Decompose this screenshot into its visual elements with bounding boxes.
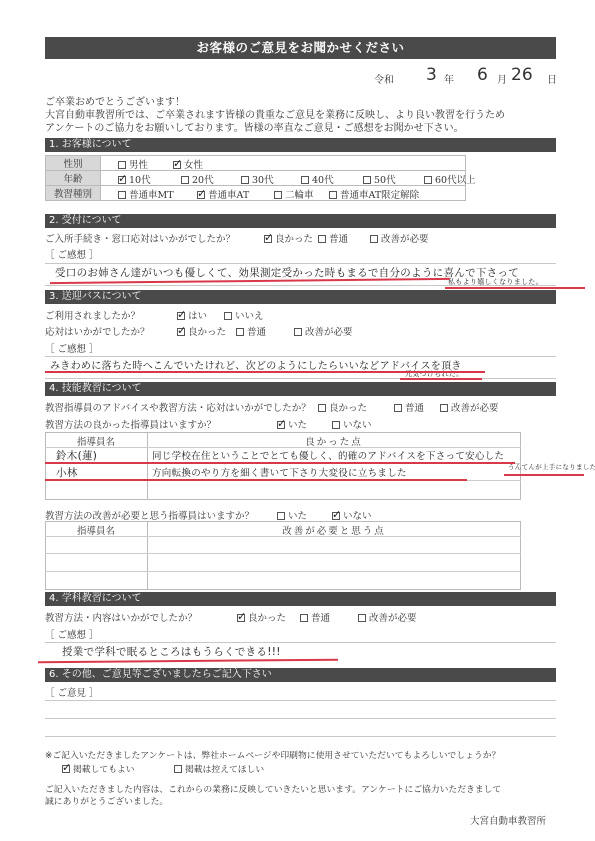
option-at-limit-release[interactable]: 普通車AT限定解除 [329, 187, 419, 201]
consent-decline[interactable]: 掲載は控えてほしい [174, 762, 264, 775]
reception-option-good[interactable]: 良かった [264, 231, 313, 245]
era-label: 令和 [374, 71, 394, 86]
date-month[interactable]: 6 [477, 65, 488, 85]
option-40s[interactable]: 40代 [301, 172, 334, 186]
option-10s[interactable]: 10代 [118, 172, 151, 186]
option-at[interactable]: 普通車AT [197, 187, 249, 201]
checkbox-checked[interactable] [197, 191, 205, 199]
option-60s-plus[interactable]: 60代以上 [424, 172, 476, 186]
opinion-line[interactable] [45, 736, 556, 737]
checkbox-checked[interactable] [62, 765, 70, 773]
checkbox[interactable] [370, 235, 378, 243]
consent-question: ※ご記入いただきましたアンケートは、弊社ホームページや印刷物に使用させていただい… [45, 748, 500, 761]
intro-line-2: 大宮自動車教習所では、ご卒業されます皆様の貴重なご意見を業務に反映し、より良い教… [45, 109, 505, 122]
good-instructor-no[interactable]: いない [332, 417, 372, 431]
checkbox[interactable] [318, 235, 326, 243]
row-gender: 性別 男性 女性 [46, 156, 466, 171]
lecture-question: 教習方法・内容はいかがでしたか？ [45, 610, 197, 624]
good-instructor-yes[interactable]: いた [277, 417, 307, 431]
good-point[interactable]: 同じ学校在住ということでとても優しく、的確のアドバイスを下さって安心した [152, 448, 504, 462]
checkbox-checked[interactable] [173, 161, 181, 169]
date-field: 令和 3 年 6 月 26 日 [372, 65, 572, 89]
pen-underline [45, 479, 467, 481]
checkbox[interactable] [332, 421, 340, 429]
thanks-line-1: ご記入いただきました内容は、これからの業務に反映していきたいと思います。アンケー… [45, 784, 501, 796]
opinion-line[interactable] [45, 700, 556, 701]
good-point-note[interactable]: うんてんが上手になりました [508, 462, 595, 471]
bus-comment-label: ［ ご感想 ］ [45, 341, 99, 355]
checkbox[interactable] [301, 176, 309, 184]
gender-label: 性別 [46, 156, 101, 171]
intro-text: ご卒業おめでとうございます！ 大宮自動車教習所では、ご卒業されます皆様の貴重なご… [45, 96, 505, 135]
opinion-line[interactable] [45, 718, 556, 719]
checkbox[interactable] [300, 614, 308, 622]
age-label: 年齢 [46, 171, 101, 186]
checkbox[interactable] [363, 176, 371, 184]
instructor-normal[interactable]: 普通 [394, 400, 424, 414]
good-instructor-question: 教習方法の良かった指導員はいますか？ [45, 417, 216, 431]
instructor-good[interactable]: 良かった [318, 400, 367, 414]
ruled-line [45, 263, 556, 264]
course-type-label: 教習種別 [46, 186, 101, 201]
thanks-text: ご記入いただきました内容は、これからの業務に反映していきたいと思います。アンケー… [45, 784, 501, 808]
option-30s[interactable]: 30代 [241, 172, 274, 186]
checkbox[interactable] [174, 765, 182, 773]
pen-underline [400, 378, 482, 380]
thanks-line-2: 誠にありがとうございました。 [45, 796, 501, 808]
month-label: 月 [497, 71, 507, 86]
bus-service-question: 応対はいかがでしたか？ [45, 324, 150, 338]
row-divider [45, 571, 521, 572]
instructor-improve[interactable]: 改善が必要 [440, 400, 499, 414]
checkbox[interactable] [394, 404, 402, 412]
consent-allow[interactable]: 掲載してもよい [62, 762, 135, 775]
checkbox[interactable] [118, 191, 126, 199]
checkbox[interactable] [241, 176, 249, 184]
improve-instructor-no[interactable]: いない [332, 508, 372, 522]
checkbox-checked[interactable] [277, 421, 285, 429]
checkbox-checked[interactable] [264, 235, 272, 243]
reception-comment-continued[interactable]: 私もより嬉しくなりました。 [448, 277, 543, 287]
checkbox[interactable] [440, 404, 448, 412]
checkbox[interactable] [318, 404, 326, 412]
intro-line-1: ご卒業おめでとうございます！ [45, 96, 505, 109]
intro-line-3: アンケートのご協力をお願いしております。皆様の率直なご意見・ご感想をお聞かせ下さ… [45, 122, 505, 135]
option-female[interactable]: 女性 [173, 157, 203, 171]
bus-usage-yes[interactable]: はい [177, 308, 207, 322]
school-signature: 大宮自動車教習所 [470, 813, 546, 827]
row-divider [45, 553, 521, 554]
customer-info-table: 性別 男性 女性 年齢 10代 20代 30代 40代 50代 60代以上 教習… [45, 155, 466, 201]
checkbox[interactable] [274, 191, 282, 199]
checkbox[interactable] [224, 312, 232, 320]
page-title: お客様のご意見をお聞かせください [45, 37, 556, 59]
section-6-header: 6. その他、ご意見等ございましたらご記入下さい [45, 668, 556, 682]
bus-usage-no[interactable]: いいえ [224, 308, 264, 322]
pen-underline [504, 474, 584, 476]
lecture-improve[interactable]: 改善が必要 [358, 610, 417, 624]
row-age: 年齢 10代 20代 30代 40代 50代 60代以上 [46, 171, 466, 186]
checkbox-checked[interactable] [177, 328, 185, 336]
instructor-name[interactable]: 鈴木(蓮) [56, 448, 97, 463]
checkbox[interactable] [294, 328, 302, 336]
bus-service-good[interactable]: 良かった [177, 324, 226, 338]
lecture-good[interactable]: 良かった [237, 610, 286, 624]
section-1-header: 1. お客様について [45, 138, 556, 152]
date-year[interactable]: 3 [426, 65, 437, 85]
pen-underline [45, 462, 515, 464]
col-header-good-point: 良かった点 [147, 434, 521, 448]
checkbox-checked[interactable] [237, 614, 245, 622]
date-day[interactable]: 26 [511, 65, 533, 85]
reception-option-improve[interactable]: 改善が必要 [370, 231, 429, 245]
opinion-label: ［ ご意見 ］ [45, 685, 99, 699]
checkbox-checked[interactable] [177, 312, 185, 320]
reception-comment-label: ［ ご感想 ］ [45, 247, 99, 261]
checkbox[interactable] [181, 176, 189, 184]
option-mt[interactable]: 普通車MT [118, 187, 174, 201]
reception-question: ご入所手続き・窓口応対はいかがでしたか？ [45, 231, 235, 245]
option-motorcycle[interactable]: 二輪車 [274, 187, 314, 201]
section-4-header: 4. 技能教習について [45, 382, 556, 396]
bus-comment[interactable]: みきわめに落ちた時へこんでいたけれど、次どのようにしたらいいなどアドバイスを頂き [50, 357, 462, 372]
option-20s[interactable]: 20代 [181, 172, 214, 186]
section-3-header: 3. 送迎バスについて [45, 290, 556, 304]
section-5-header: 4. 学科教習について [45, 592, 556, 606]
good-point[interactable]: 方向転換のやり方を細く書いて下さり大変役に立ちました [152, 465, 407, 479]
improve-instructor-question: 教習方法の改善が必要と思う指導員はいますか？ [45, 508, 254, 522]
improve-instructor-yes[interactable]: いた [277, 508, 307, 522]
day-label: 日 [547, 71, 557, 86]
instructor-name[interactable]: 小林 [56, 465, 78, 480]
option-male[interactable]: 男性 [118, 157, 148, 171]
col-header-instructor: 指導員名 [45, 523, 147, 537]
pen-underline [445, 287, 585, 289]
lecture-comment[interactable]: 授業で学科で眠るところはもうらくできる!!! [62, 644, 281, 659]
bus-service-improve[interactable]: 改善が必要 [294, 324, 353, 338]
instructor-question: 教習指導員のアドバイスや教習方法・応対はいかがでしたか？ [45, 400, 311, 414]
checkbox[interactable] [424, 176, 432, 184]
ruled-line [45, 642, 556, 643]
section-2-header: 2. 受付について [45, 214, 556, 228]
row-course-type: 教習種別 普通車MT 普通車AT 二輪車 普通車AT限定解除 [46, 186, 466, 201]
option-50s[interactable]: 50代 [363, 172, 396, 186]
checkbox[interactable] [329, 191, 337, 199]
col-header-instructor: 指導員名 [45, 434, 147, 448]
lecture-normal[interactable]: 普通 [300, 610, 330, 624]
checkbox-checked[interactable] [332, 512, 340, 520]
lecture-comment-label: ［ ご感想 ］ [45, 627, 99, 641]
checkbox[interactable] [358, 614, 366, 622]
year-label: 年 [444, 71, 454, 86]
reception-option-normal[interactable]: 普通 [318, 231, 348, 245]
pen-underline [38, 659, 338, 664]
pen-underline [45, 371, 485, 373]
checkbox[interactable] [277, 512, 285, 520]
checkbox[interactable] [118, 161, 126, 169]
bus-usage-question: ご利用されましたか？ [45, 308, 140, 322]
col-header-improve-point: 改善が必要と思う点 [147, 523, 521, 537]
checkbox-checked[interactable] [118, 176, 126, 184]
checkbox[interactable] [236, 328, 244, 336]
bus-service-normal[interactable]: 普通 [236, 324, 266, 338]
